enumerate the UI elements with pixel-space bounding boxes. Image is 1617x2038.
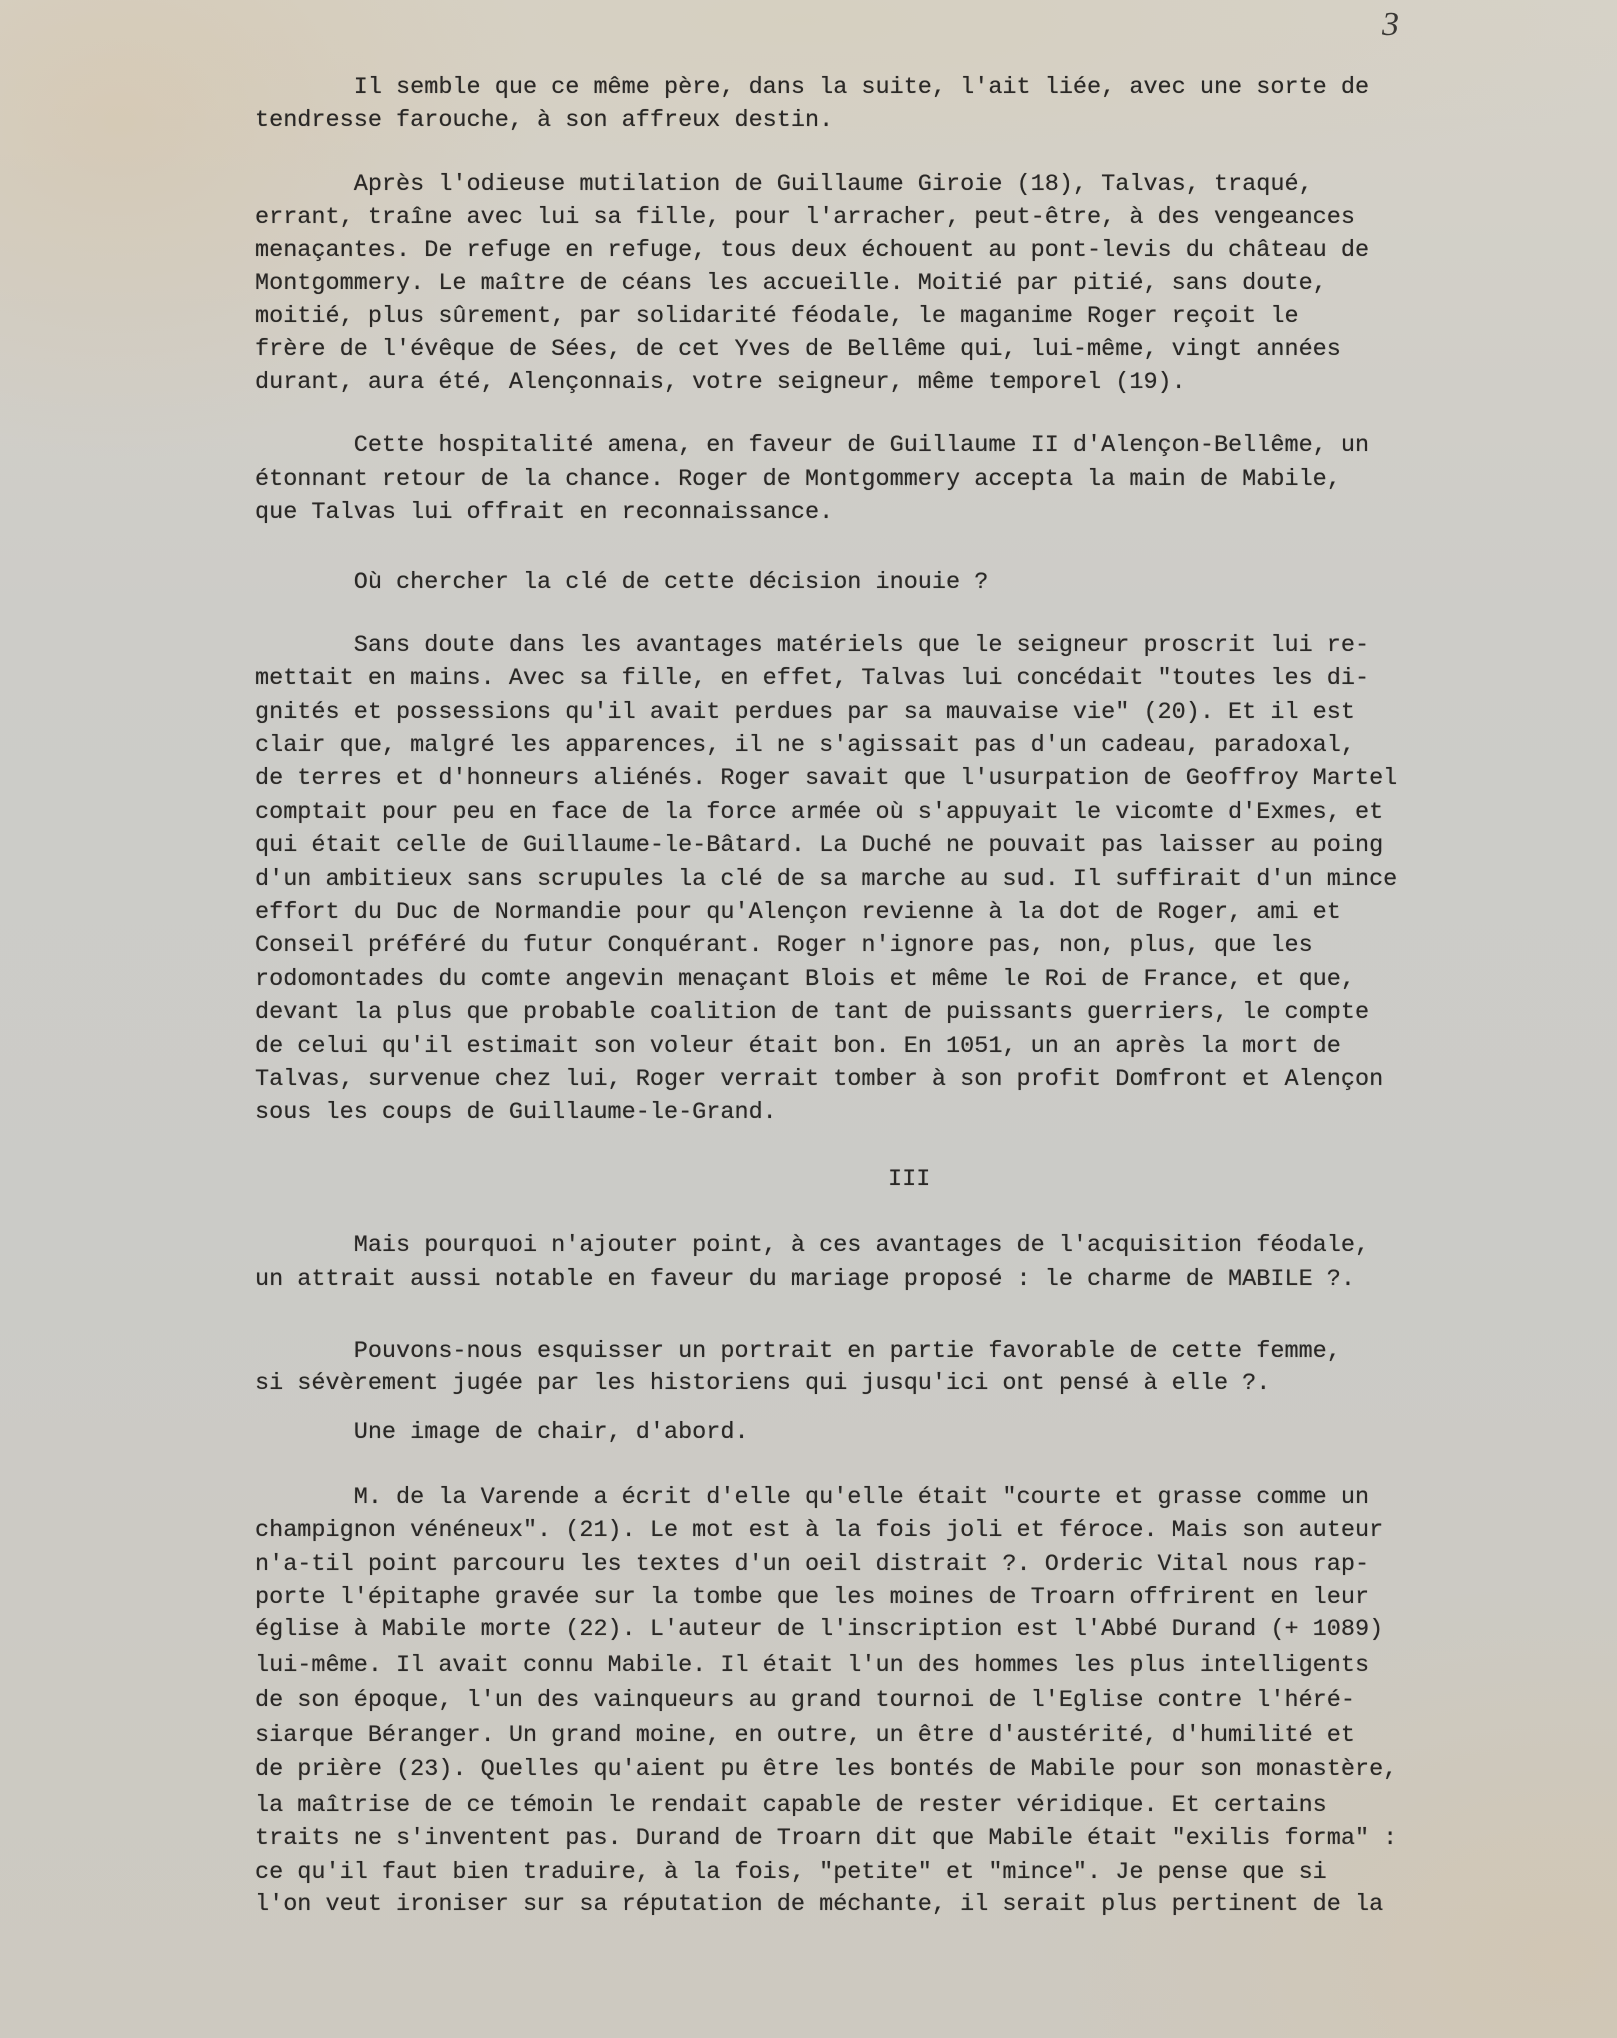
text-line: Après l'odieuse mutilation de Guillaume … [255, 173, 1313, 197]
text-line: comptait pour peu en face de la force ar… [255, 801, 1383, 825]
text-line: tendresse farouche, à son affreux destin… [255, 109, 833, 133]
text-line: de prière (23). Quelles qu'aient pu être… [255, 1758, 1397, 1782]
text-line: sous les coups de Guillaume-le-Grand. [255, 1101, 777, 1125]
text-line: l'on veut ironiser sur sa réputation de … [255, 1893, 1383, 1917]
text-line: Où chercher la clé de cette décision ino… [255, 571, 988, 595]
text-line: Conseil préféré du futur Conquérant. Rog… [255, 934, 1313, 958]
text-line: Mais pourquoi n'ajouter point, à ces ava… [255, 1234, 1369, 1258]
text-line: d'un ambitieux sans scrupules la clé de … [255, 868, 1397, 892]
text-line: la maîtrise de ce témoin le rendait capa… [255, 1794, 1327, 1818]
text-line: qui était celle de Guillaume-le-Bâtard. … [255, 834, 1383, 858]
text-line: lui-même. Il avait connu Mabile. Il étai… [255, 1654, 1369, 1678]
text-line: Montgommery. Le maître de céans les accu… [255, 272, 1327, 296]
text-line: clair que, malgré les apparences, il ne … [255, 734, 1355, 758]
document-page: 3 Il semble que ce même père, dans la su… [0, 0, 1617, 2038]
text-line: moitié, plus sûrement, par solidarité fé… [255, 305, 1299, 329]
text-line: devant la plus que probable coalition de… [255, 1001, 1369, 1025]
text-line: Il semble que ce même père, dans la suit… [255, 76, 1369, 100]
text-line: M. de la Varende a écrit d'elle qu'elle … [255, 1486, 1369, 1510]
text-line: un attrait aussi notable en faveur du ma… [255, 1268, 1355, 1292]
text-line: mettait en mains. Avec sa fille, en effe… [255, 667, 1369, 691]
text-line: Sans doute dans les avantages matériels … [255, 634, 1369, 658]
text-line: porte l'épitaphe gravée sur la tombe que… [255, 1586, 1369, 1610]
text-line: Une image de chair, d'abord. [255, 1421, 749, 1445]
text-line: errant, traîne avec lui sa fille, pour l… [255, 206, 1355, 230]
text-line: menaçantes. De refuge en refuge, tous de… [255, 239, 1369, 263]
text-line: Talvas, survenue chez lui, Roger verrait… [255, 1068, 1383, 1092]
text-line: traits ne s'inventent pas. Durand de Tro… [255, 1827, 1397, 1851]
text-line: de son époque, l'un des vainqueurs au gr… [255, 1689, 1355, 1713]
text-line: durant, aura été, Alençonnais, votre sei… [255, 371, 1186, 395]
text-line: de terres et d'honneurs aliénés. Roger s… [255, 767, 1397, 791]
text-line: effort du Duc de Normandie pour qu'Alenç… [255, 901, 1341, 925]
text-line: étonnant retour de la chance. Roger de M… [255, 468, 1341, 492]
text-line: ce qu'il faut bien traduire, à la fois, … [255, 1861, 1327, 1885]
page-number: 3 [1382, 6, 1399, 44]
text-line: Cette hospitalité amena, en faveur de Gu… [255, 434, 1369, 458]
section-heading: III [888, 1168, 930, 1192]
text-line: de celui qu'il estimait son voleur était… [255, 1035, 1341, 1059]
text-line: siarque Béranger. Un grand moine, en out… [255, 1724, 1355, 1748]
text-line: frère de l'évêque de Sées, de cet Yves d… [255, 338, 1341, 362]
text-line: église à Mabile morte (22). L'auteur de … [255, 1618, 1383, 1642]
text-line: si sévèrement jugée par les historiens q… [255, 1372, 1270, 1396]
text-line: rodomontades du comte angevin menaçant B… [255, 968, 1355, 992]
text-line: gnités et possessions qu'il avait perdue… [255, 701, 1355, 725]
text-line: champignon vénéneux". (21). Le mot est à… [255, 1519, 1383, 1543]
text-line: n'a-til point parcouru les textes d'un o… [255, 1553, 1369, 1577]
text-line: Pouvons-nous esquisser un portrait en pa… [255, 1340, 1341, 1364]
text-line: que Talvas lui offrait en reconnaissance… [255, 501, 833, 525]
